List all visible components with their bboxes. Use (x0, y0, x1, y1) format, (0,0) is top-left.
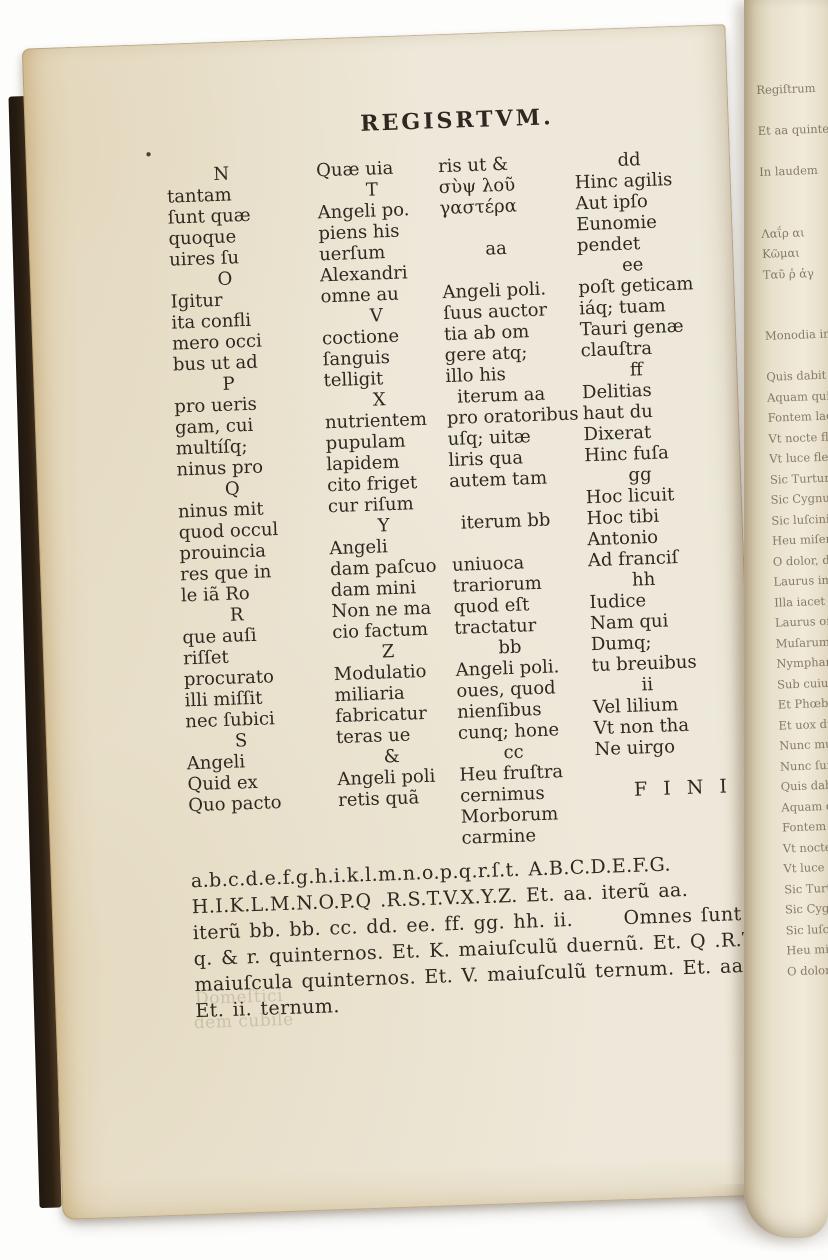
edge-text-line: In laudem (759, 157, 828, 183)
register-line: nec ſubici (185, 706, 336, 732)
register-line: bus ut ad (173, 349, 324, 375)
edge-text-line (760, 198, 828, 224)
register-column: ris ut &σὺψ λοῦγαστέραaaAngeli poli.ſuus… (438, 151, 598, 848)
register-line: F I N I (628, 776, 739, 801)
register-line: Quo pacto (188, 790, 339, 816)
edge-text-line: Et aa quinternum (757, 116, 828, 142)
book-page: REGISRTVM. Ntantamſunt quæquoqueuires ſu… (22, 24, 766, 1220)
register-line: Ad franciſ (588, 545, 726, 571)
photo-backdrop: REGISRTVM. Ntantamſunt quæquoqueuires ſu… (0, 0, 828, 1260)
register-line: clauſtra (580, 336, 718, 362)
register-line: le iã Ro (181, 580, 332, 606)
next-page-edge: RegiſtrumEt aa quinternumIn laudemΛαΐρ α… (744, 0, 828, 1238)
register-columns: Ntantamſunt quæquoqueuires ſuOIgiturita … (166, 147, 735, 859)
showthrough-text: dem cubile (194, 1010, 294, 1033)
register-line: illo his (445, 361, 582, 387)
page-header: REGISRTVM. (184, 96, 730, 145)
register-line: cunq; hone (458, 718, 595, 744)
register-line: tractatur (454, 613, 591, 639)
edge-text-lines: RegiſtrumEt aa quinternumIn laudemΛαΐρ α… (756, 75, 828, 982)
register-line: retis quã (338, 786, 461, 811)
register-line: pendet (577, 231, 715, 257)
register-line: tu breuibus (591, 650, 729, 676)
register-column: ddHinc agilisAut ipſoEunomiependeteepoſt… (574, 147, 735, 844)
showthrough-text: Domeſtici (195, 986, 284, 1009)
register-line: iterum bb (450, 509, 561, 534)
register-line: dam paſcuo (330, 555, 453, 580)
register-line: uires ſu (169, 244, 320, 270)
page-content: REGISRTVM. Ntantamſunt quæquoqueuires ſu… (22, 24, 760, 1029)
register-column: Ntantamſunt quæquoqueuires ſuOIgiturita … (166, 160, 340, 858)
edge-text-line: Regiſtrum (756, 75, 828, 101)
register-line: carmine (461, 823, 598, 849)
register-line: Hinc fuſa (584, 440, 722, 466)
register-line: ninus pro (176, 454, 327, 480)
register-column: Quæ uiaTAngeli po.piens hisuerſumAlexand… (316, 156, 462, 853)
edge-text-line: Λαΐρ αι (761, 218, 828, 244)
